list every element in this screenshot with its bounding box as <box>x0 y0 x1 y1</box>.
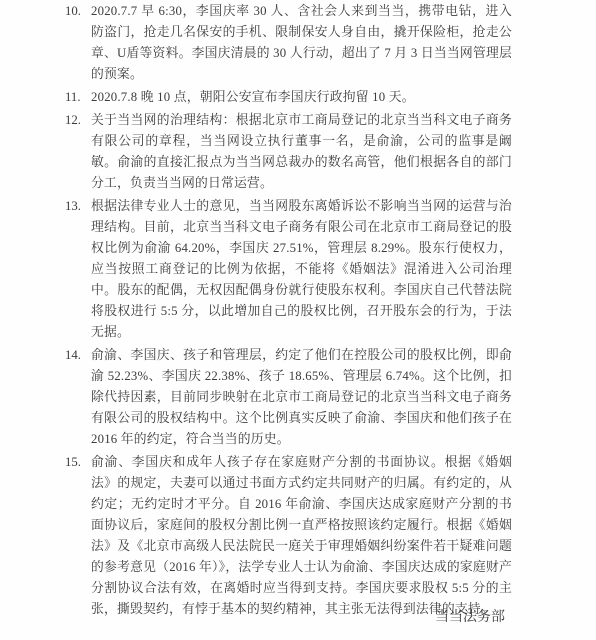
item-number: 10. <box>65 1 91 22</box>
list-item: 14. 俞渝、李国庆、孩子和管理层，约定了他们在控股公司的股权比例，即俞渝 52… <box>65 345 512 450</box>
item-text: 根据法律专业人士的意见，当当网股东离婚诉讼不影响当当网的运营与治理结构。目前，北… <box>91 196 512 343</box>
item-text: 2020.7.8 晚 10 点，朝阳公安宣布李国庆行政拘留 10 天。 <box>91 87 512 108</box>
item-number: 15. <box>65 452 91 473</box>
item-text: 2020.7.7 早 6:30，李国庆率 30 人、含社会人来到当当，携带电钻，… <box>91 1 512 85</box>
list-item: 10. 2020.7.7 早 6:30，李国庆率 30 人、含社会人来到当当，携… <box>65 1 512 85</box>
list-item: 15. 俞渝、李国庆和成年人孩子存在家庭财产分割的书面协议。根据《婚姻法》的规定… <box>65 452 512 620</box>
item-number: 12. <box>65 110 91 131</box>
list-item: 12. 关于当当网的治理结构：根据北京市工商局登记的北京当当科文电子商务有限公司… <box>65 110 512 194</box>
list-item: 13. 根据法律专业人士的意见，当当网股东离婚诉讼不影响当当网的运营与治理结构。… <box>65 196 512 343</box>
item-number: 13. <box>65 196 91 217</box>
item-text: 关于当当网的治理结构：根据北京市工商局登记的北京当当科文电子商务有限公司的章程，… <box>91 110 512 194</box>
item-number: 14. <box>65 345 91 366</box>
item-number: 11. <box>65 87 91 108</box>
document-page: 10. 2020.7.7 早 6:30，李国庆率 30 人、含社会人来到当当，携… <box>0 0 596 640</box>
item-text: 俞渝、李国庆、孩子和管理层，约定了他们在控股公司的股权比例，即俞渝 52.23%… <box>91 345 512 450</box>
list-item: 11. 2020.7.8 晚 10 点，朝阳公安宣布李国庆行政拘留 10 天。 <box>65 87 512 108</box>
legal-statement-list: 10. 2020.7.7 早 6:30，李国庆率 30 人、含社会人来到当当，携… <box>65 1 512 622</box>
item-text: 俞渝、李国庆和成年人孩子存在家庭财产分割的书面协议。根据《婚姻法》的规定，夫妻可… <box>91 452 512 620</box>
signature: 当当法务部 <box>435 610 505 626</box>
